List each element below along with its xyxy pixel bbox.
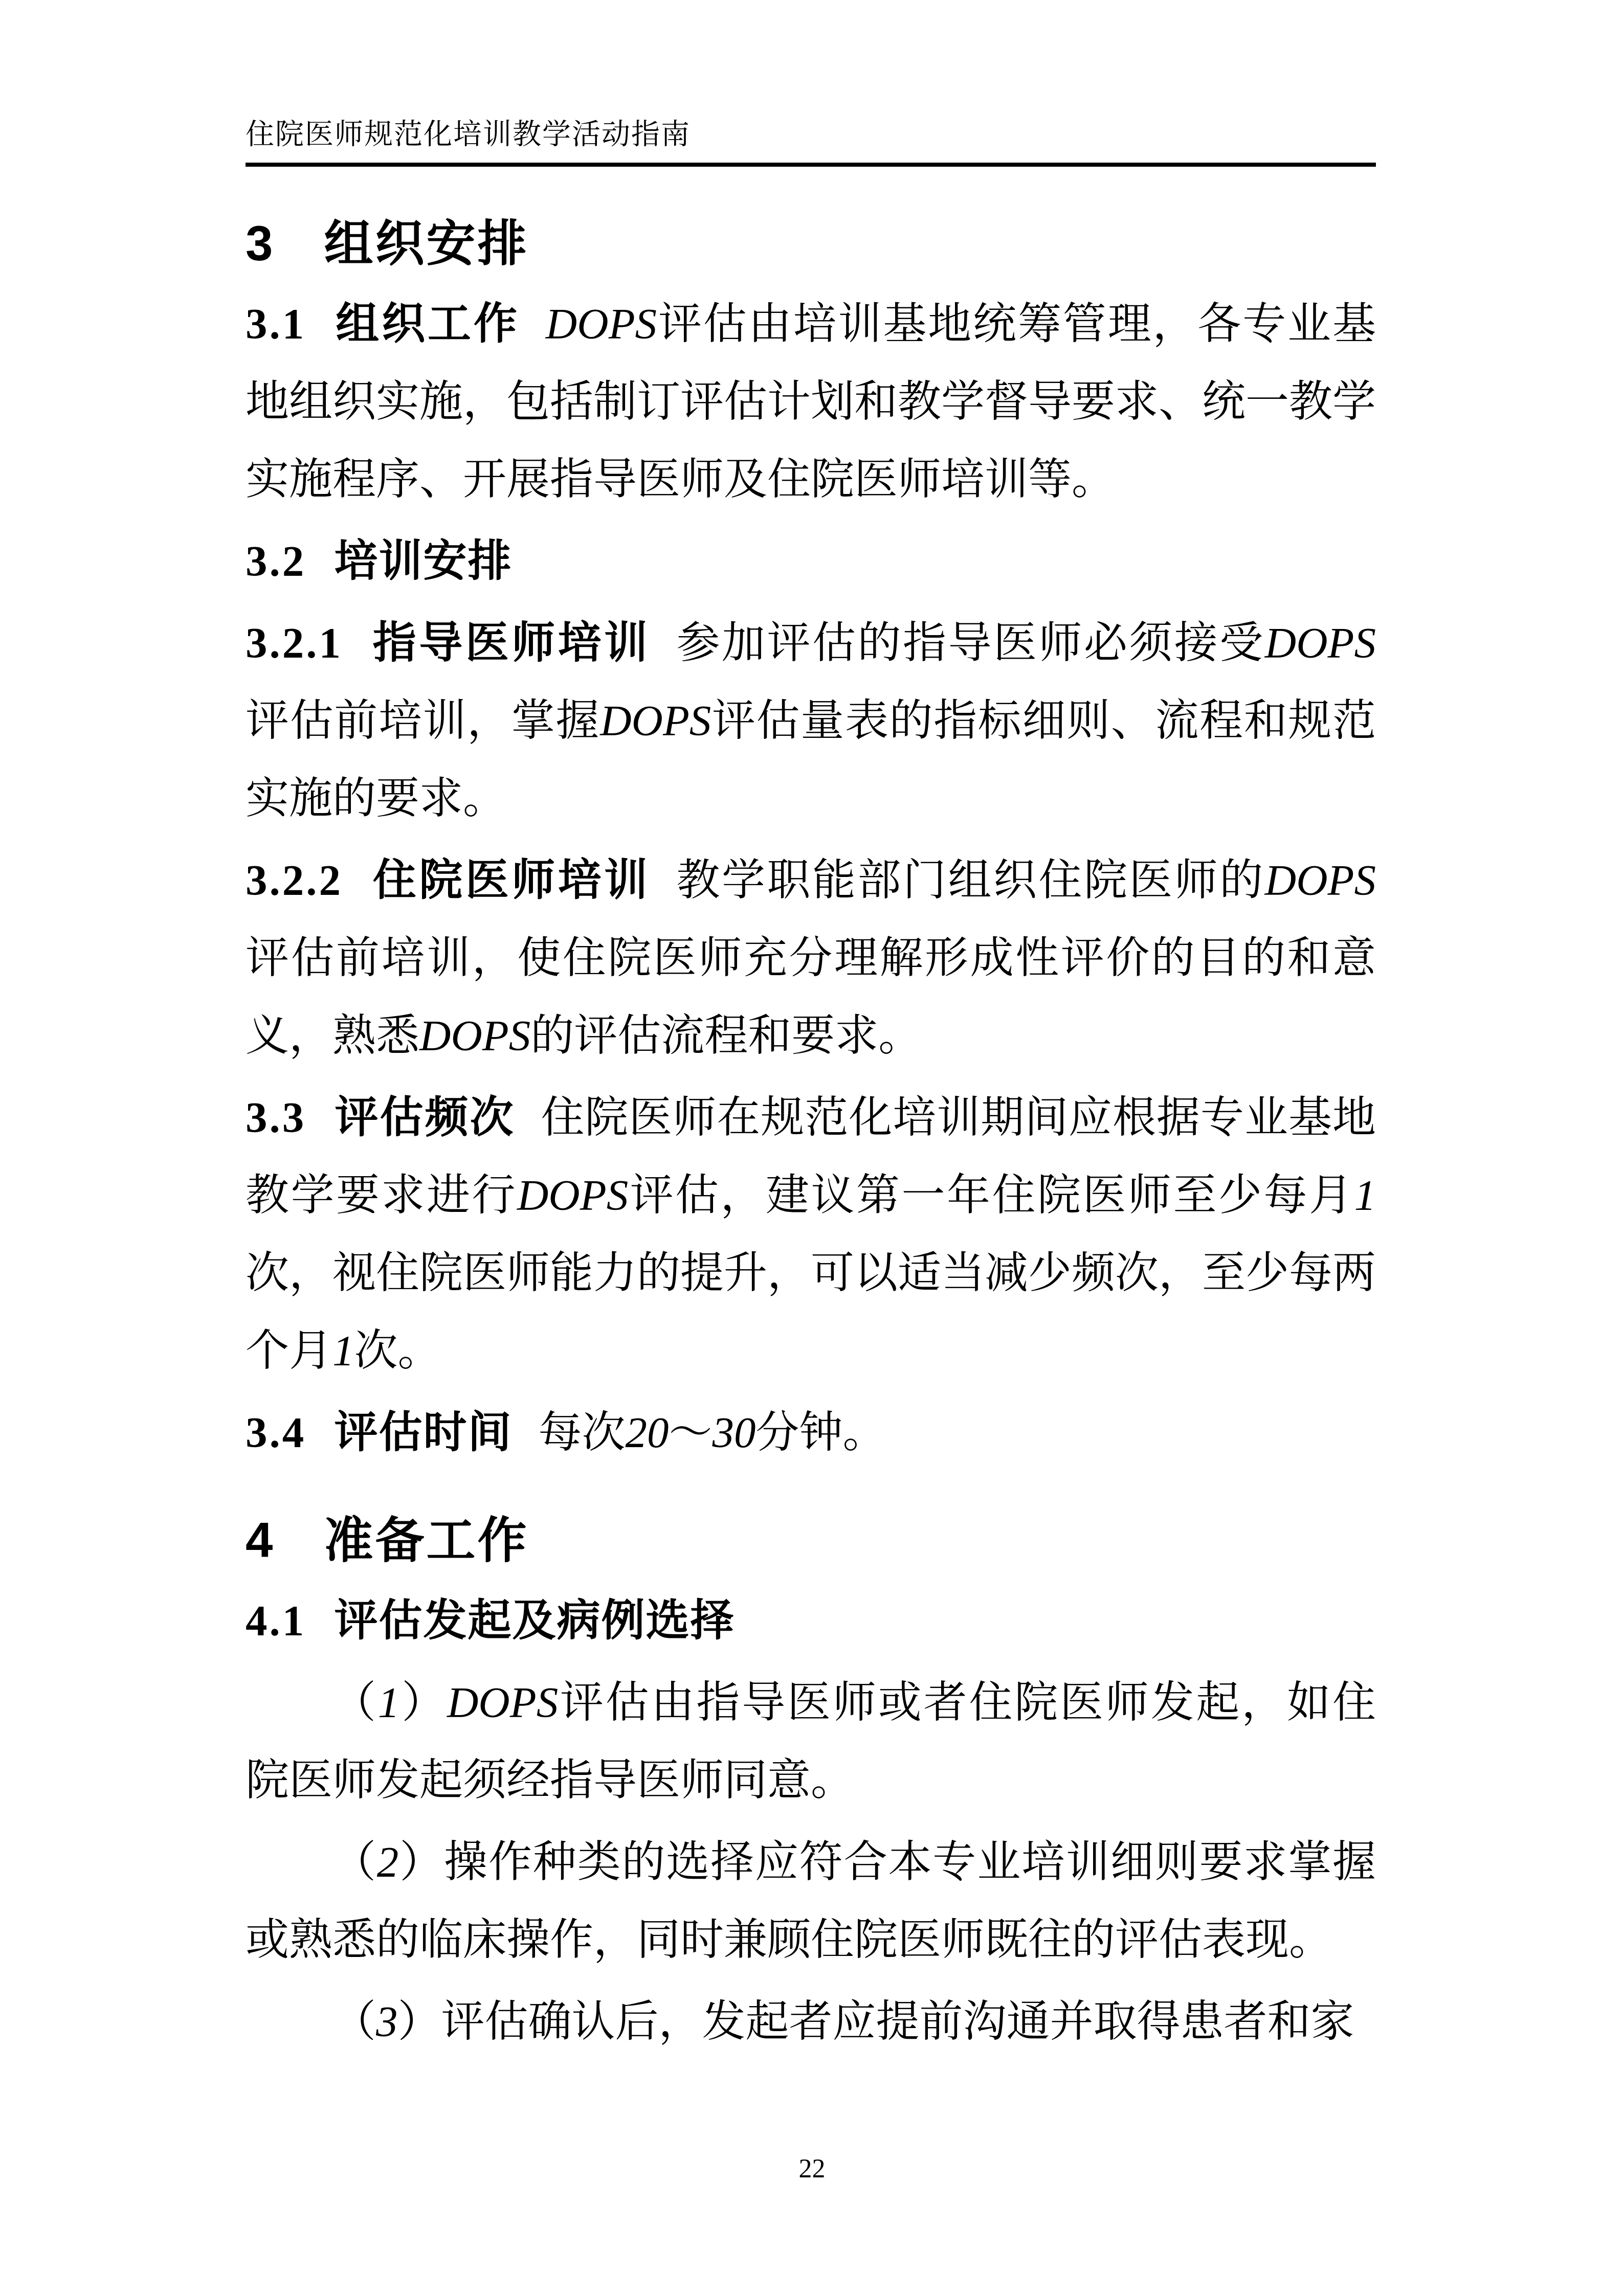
section-number: 3: [246, 216, 275, 271]
list-item-3: （3）评估确认后，发起者应提前沟通并取得患者和家: [246, 1983, 1376, 2061]
header-rule: [246, 163, 1376, 167]
list-item-1: （1）DOPS评估由指导医师或者住院医师发起，如住院医师发起须经指导医师同意。: [246, 1664, 1376, 1819]
clause-title: 评估频次: [335, 1094, 515, 1142]
page-content: 住院医师规范化培训教学活动指南 3组织安排 3.1组织工作DOPS评估由培训基地…: [0, 0, 1624, 2061]
clause-number: 3.3: [246, 1094, 306, 1142]
clause-number: 3.4: [246, 1409, 306, 1457]
section-title: 组织安排: [324, 216, 528, 271]
clause-title: 培训安排: [335, 537, 513, 586]
clause-title: 评估发起及病例选择: [335, 1597, 735, 1645]
clause-title: 组织工作: [335, 300, 520, 348]
clause-number: 3.2.1: [246, 619, 343, 667]
clause-number: 3.2: [246, 537, 306, 586]
clause-number: 4.1: [246, 1597, 306, 1645]
section-3-heading: 3组织安排: [246, 208, 1376, 280]
clause-title: 指导医师培训: [371, 619, 650, 667]
clause-3-4: 3.4评估时间每次20～30分钟。: [246, 1394, 1376, 1472]
section-title: 准备工作: [324, 1513, 528, 1568]
clause-3-2-2: 3.2.2住院医师培训教学职能部门组织住院医师的DOPS评估前培训，使住院医师充…: [246, 842, 1376, 1075]
clause-3-1: 3.1组织工作DOPS评估由培训基地统筹管理，各专业基地组织实施，包括制订评估计…: [246, 285, 1376, 519]
clause-title: 住院医师培训: [371, 857, 650, 905]
clause-4-1-heading: 4.1评估发起及病例选择: [246, 1582, 1376, 1660]
clause-body: 每次20～30分钟。: [539, 1409, 886, 1457]
clause-title: 评估时间: [335, 1409, 513, 1457]
document-page: 住院医师规范化培训教学活动指南 3组织安排 3.1组织工作DOPS评估由培训基地…: [0, 0, 1624, 2296]
list-item-2: （2）操作种类的选择应符合本专业培训细则要求掌握或熟悉的临床操作，同时兼顾住院医…: [246, 1824, 1376, 1979]
clause-3-2-heading: 3.2培训安排: [246, 523, 1376, 600]
page-number: 22: [0, 2154, 1624, 2185]
clause-3-3: 3.3评估频次住院医师在规范化培训期间应根据专业基地教学要求进行DOPS评估，建…: [246, 1079, 1376, 1390]
clause-3-2-1: 3.2.1指导医师培训参加评估的指导医师必须接受DOPS评估前培训，掌握DOPS…: [246, 604, 1376, 838]
section-number: 4: [246, 1513, 275, 1568]
clause-number: 3.1: [246, 300, 306, 348]
running-header: 住院医师规范化培训教学活动指南: [246, 119, 1376, 150]
section-4-heading: 4准备工作: [246, 1504, 1376, 1577]
clause-number: 3.2.2: [246, 857, 343, 905]
